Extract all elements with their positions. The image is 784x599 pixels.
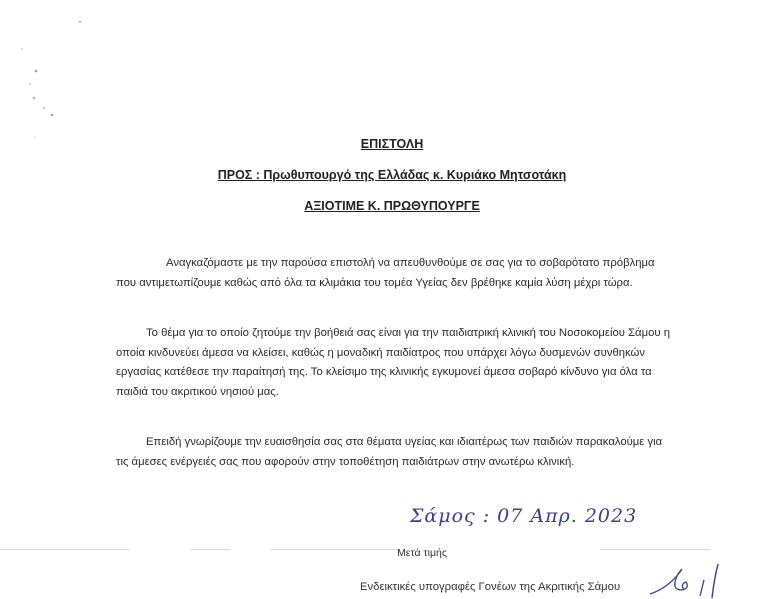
letter-recipient: ΠΡΟΣ : Πρωθυπουργό της Ελλάδας κ. Κυριάκ… bbox=[0, 168, 784, 182]
scan-artifact-specks bbox=[0, 0, 200, 150]
letter-salutation: ΑΞΙΟΤΙΜΕ Κ. ΠΡΩΘΥΠΟΥΡΓΕ bbox=[0, 199, 784, 213]
paragraph-1: Αναγκαζόμαστε με την παρούσα επιστολή να… bbox=[116, 254, 676, 293]
signature-scribble bbox=[648, 560, 728, 599]
letter-title: ΕΠΙΣΤΟΛΗ bbox=[0, 137, 784, 151]
paragraph-3: Επειδή γνωρίζουμε την ευαισθησία σας στα… bbox=[116, 433, 676, 472]
closing-text: Μετά τιμής bbox=[0, 547, 784, 559]
handwritten-date: Σάμος : 07 Απρ. 2023 bbox=[410, 505, 637, 527]
paragraph-2: Το θέμα για το οποίο ζητούμε την βοήθειά… bbox=[116, 324, 676, 402]
signers-note: Ενδεικτικές υπογραφές Γονέων της Ακριτικ… bbox=[360, 581, 620, 593]
scanned-letter-page: ΕΠΙΣΤΟΛΗ ΠΡΟΣ : Πρωθυπουργό της Ελλάδας … bbox=[0, 0, 784, 599]
